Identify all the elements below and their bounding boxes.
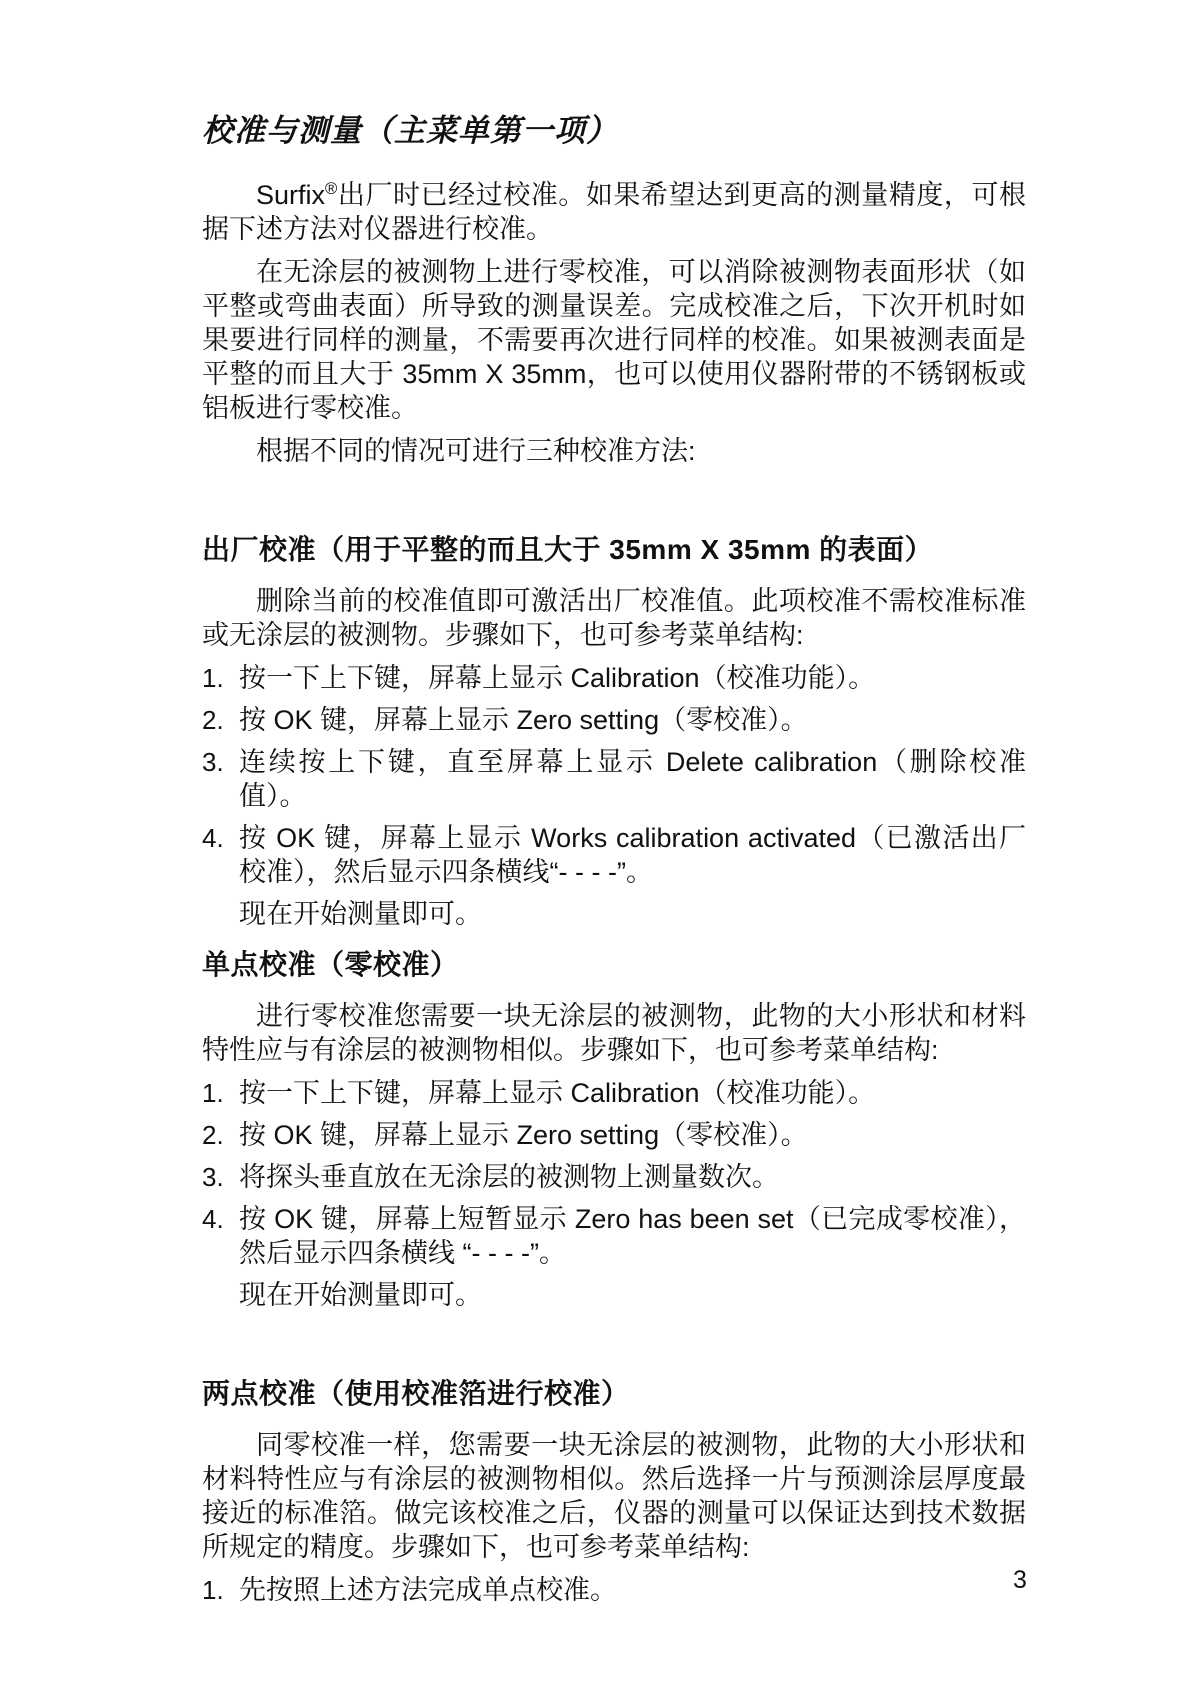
section-heading-one-point-calibration: 单点校准（零校准） <box>202 945 1026 985</box>
page-number: 3 <box>1008 1565 1032 1595</box>
step-list: 按一下上下键，屏幕上显示 Calibration（校准功能）。 按 OK 键，屏… <box>202 1076 1026 1270</box>
step-item: 按 OK 键，屏幕上短暂显示 Zero has been set（已完成零校准）… <box>202 1202 1026 1270</box>
section-intro: 进行零校准您需要一块无涂层的被测物，此物的大小形状和材料特性应与有涂层的被测物相… <box>202 999 1026 1067</box>
section-one-point-calibration: 单点校准（零校准） 进行零校准您需要一块无涂层的被测物，此物的大小形状和材料特性… <box>202 945 1026 1312</box>
step-list: 先按照上述方法完成单点校准。 <box>202 1573 1026 1607</box>
intro-paragraph-3: 根据不同的情况可进行三种校准方法: <box>202 434 1026 468</box>
brand-name: Surfix <box>256 180 325 210</box>
step-item: 将探头垂直放在无涂层的被测物上测量数次。 <box>202 1160 1026 1194</box>
step-item: 按一下上下键，屏幕上显示 Calibration（校准功能）。 <box>202 661 1026 695</box>
section-outro: 现在开始测量即可。 <box>202 897 1026 931</box>
step-item: 按 OK 键，屏幕上显示 Works calibration activated… <box>202 821 1026 889</box>
page-content: 校准与测量（主菜单第一项） Surfix®出厂时已经过校准。如果希望达到更高的测… <box>202 108 1026 1615</box>
step-item: 按 OK 键，屏幕上显示 Zero setting（零校准）。 <box>202 1118 1026 1152</box>
section-heading-works-calibration: 出厂校准（用于平整的而且大于 35mm X 35mm 的表面） <box>202 530 1026 570</box>
section-intro: 同零校准一样，您需要一块无涂层的被测物，此物的大小形状和材料特性应与有涂层的被测… <box>202 1428 1026 1564</box>
step-item: 按一下上下键，屏幕上显示 Calibration（校准功能）。 <box>202 1076 1026 1110</box>
step-item: 先按照上述方法完成单点校准。 <box>202 1573 1026 1607</box>
section-intro: 删除当前的校准值即可激活出厂校准值。此项校准不需校准标准或无涂层的被测物。步骤如… <box>202 584 1026 652</box>
step-item: 按 OK 键，屏幕上显示 Zero setting（零校准）。 <box>202 703 1026 737</box>
section-heading-two-point-calibration: 两点校准（使用校准箔进行校准） <box>202 1374 1026 1414</box>
section-two-point-calibration: 两点校准（使用校准箔进行校准） 同零校准一样，您需要一块无涂层的被测物，此物的大… <box>202 1374 1026 1607</box>
intro-paragraph-2: 在无涂层的被测物上进行零校准，可以消除被测物表面形状（如平整或弯曲表面）所导致的… <box>202 255 1026 425</box>
doc-title: 校准与测量（主菜单第一项） <box>202 108 1026 154</box>
step-item: 连续按上下键，直至屏幕上显示 Delete calibration（删除校准值）… <box>202 745 1026 813</box>
intro-paragraph-1: Surfix®出厂时已经过校准。如果希望达到更高的测量精度，可根据下述方法对仪器… <box>202 178 1026 246</box>
section-works-calibration: 出厂校准（用于平整的而且大于 35mm X 35mm 的表面） 删除当前的校准值… <box>202 530 1026 931</box>
document-page: 校准与测量（主菜单第一项） Surfix®出厂时已经过校准。如果希望达到更高的测… <box>0 0 1200 1696</box>
step-list: 按一下上下键，屏幕上显示 Calibration（校准功能）。 按 OK 键，屏… <box>202 661 1026 889</box>
registered-trademark-symbol: ® <box>325 179 337 198</box>
section-outro: 现在开始测量即可。 <box>202 1278 1026 1312</box>
